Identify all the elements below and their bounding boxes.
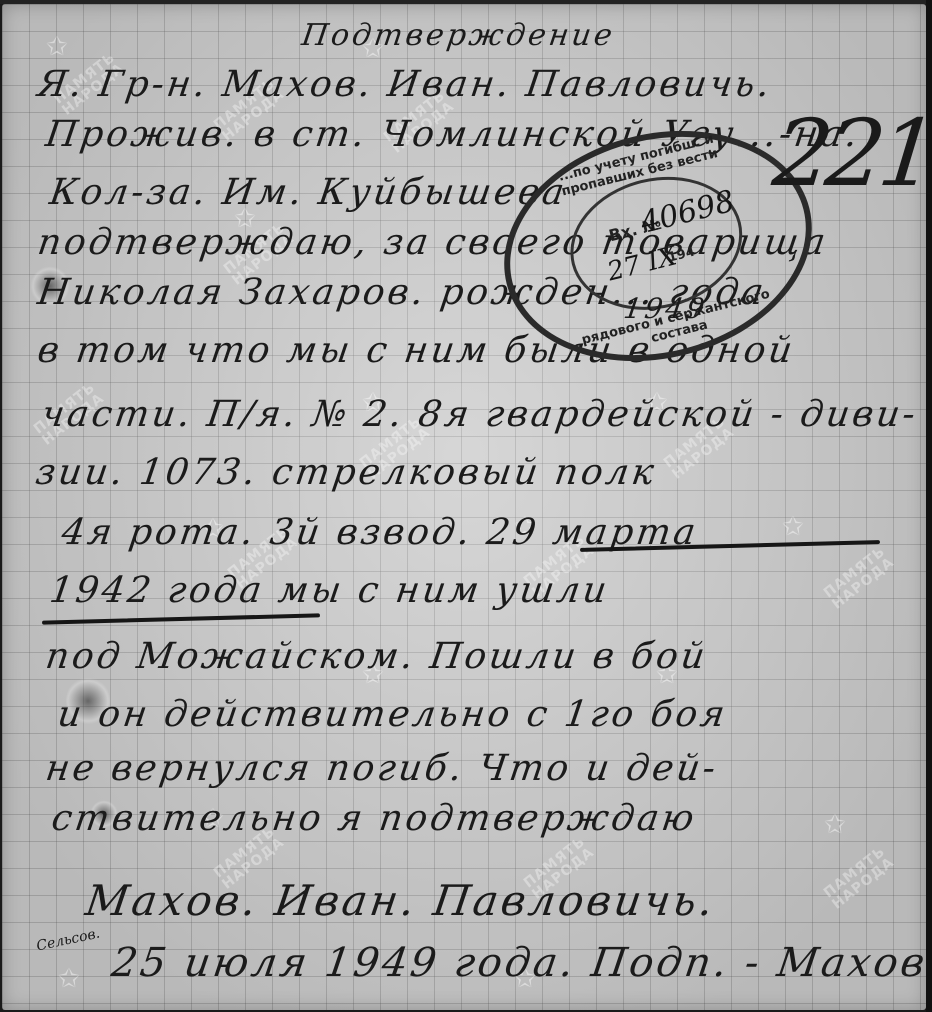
watermark-star-icon: ✩	[824, 810, 846, 840]
stamp-incoming-number: 40698	[637, 184, 738, 241]
signature-date-line: 25 июля 1949 года. Подп. - Махов	[109, 940, 931, 986]
watermark-star-icon: ✩	[782, 512, 804, 542]
stamp-date: 27 IX	[604, 241, 679, 287]
watermark: ПАМЯТЬНАРОДА	[821, 544, 897, 612]
text-line-7: части. П/я. № 2. 8я гвардейской - диви-	[39, 394, 921, 435]
watermark-star-icon: ✩	[58, 964, 80, 994]
text-line-11: под Можайском. Пошли в бой	[43, 636, 710, 677]
watermark: ПАМЯТЬНАРОДА	[821, 844, 897, 912]
text-line-8: зии. 1073. стрелковый полк	[33, 452, 659, 493]
watermark-star-icon: ✩	[46, 32, 68, 62]
text-line-10: 1942 года мы с ним ушли	[47, 570, 612, 611]
stamp-year-handwritten: 1949	[622, 292, 710, 325]
registration-number: 2213	[768, 100, 932, 207]
document-title: Подтверждение	[300, 18, 618, 53]
text-line-1: Я. Гр-н. Махов. Иван. Павловичь.	[35, 64, 775, 105]
text-line-13: не вернулся погиб. Что и дей-	[43, 748, 721, 789]
text-line-14: ствительно я подтверждаю	[49, 798, 699, 839]
signature-name: Махов. Иван. Павловичь.	[83, 876, 720, 925]
underline-year	[42, 613, 320, 624]
document-sheet: ✩ ПАМЯТЬНАРОДА ✩ ПАМЯТЬНАРОДА ПАМЯТЬНАРО…	[2, 4, 926, 1010]
corner-note: Сельсов.	[35, 925, 101, 954]
text-line-3: Кол-за. Им. Куйбышева	[47, 172, 570, 213]
scan-edge-right	[926, 0, 932, 1012]
text-line-12: и он действительно с 1го боя	[55, 694, 730, 735]
